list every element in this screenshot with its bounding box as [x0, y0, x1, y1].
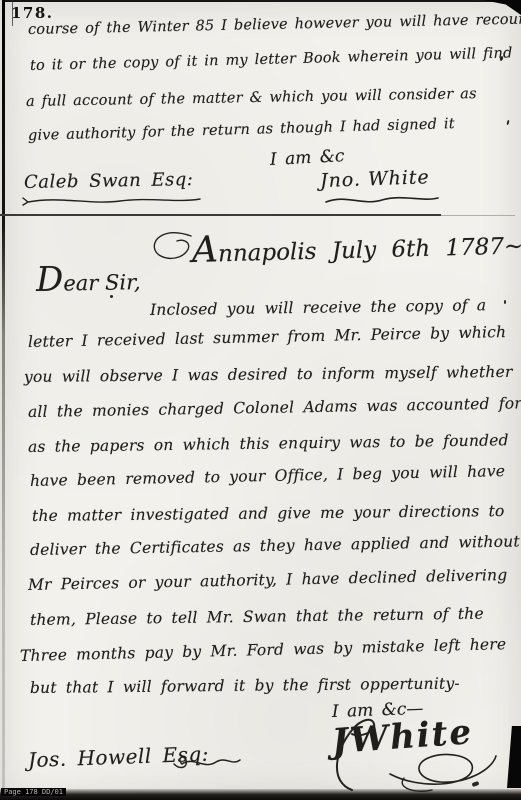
manuscript-line: a full account of the matter & which you…: [26, 86, 477, 110]
letter-separator-rule: [0, 214, 441, 216]
manuscript-line: them, Please to tell Mr. Swan that the r…: [30, 605, 484, 629]
manuscript-line: but that I will forward it by the first …: [30, 674, 460, 696]
letter-dateline: Annapolis July 6th 1787~: [191, 221, 521, 271]
ink-speck: [506, 120, 509, 125]
manuscript-line: the matter investigated and give me your…: [32, 502, 505, 525]
scan-edge-bottom-strip: [0, 789, 521, 800]
ink-speck: [504, 300, 506, 304]
manuscript-line: give authority for the return as though …: [28, 116, 455, 144]
manuscript-line: course of the Winter 85 I believe howeve…: [28, 11, 521, 38]
manuscript-line: deliver the Certificates as they have ap…: [30, 532, 520, 559]
manuscript-line: as the papers on which this enquiry was …: [28, 431, 509, 456]
dateline-capital-flourish: [149, 229, 195, 263]
signature-underline-flourish: [322, 192, 442, 208]
manuscript-page: 178. course of the Winter 85 I believe h…: [0, 0, 521, 800]
scan-edge-top: [2, 0, 521, 2]
ink-speck: [472, 781, 480, 787]
scan-edge-left: [2, 0, 5, 800]
archive-footer-label: Page 178 DD/01: [1, 788, 66, 796]
letter-addressee: Jos. Howell Esq:: [28, 742, 210, 772]
letter-closing: I am &c: [269, 146, 344, 170]
manuscript-line: letter I received last summer from Mr. P…: [28, 323, 507, 351]
manuscript-line: to it or the copy of it in my letter Boo…: [30, 45, 513, 74]
signature: JWhite: [331, 712, 475, 762]
manuscript-line: Three months pay by Mr. Ford was by mist…: [20, 635, 507, 665]
letter-salutation: Dear Sir,: [36, 258, 141, 300]
manuscript-line: all the monies charged Colonel Adams was…: [28, 394, 521, 421]
manuscript-line: you will observe I was desired to inform…: [24, 363, 513, 386]
signature: Jno. White: [320, 166, 430, 192]
manuscript-line: Inclosed you will receive the copy of a: [150, 296, 487, 319]
scan-edge-right-strip: [507, 726, 521, 788]
page-number: 178.: [11, 4, 54, 22]
ink-speck: [110, 295, 113, 298]
letter-addressee: Caleb Swan Esq:: [24, 169, 194, 193]
addressee-underline-flourish: [20, 193, 205, 207]
letter-separator-rule-faint: [441, 215, 515, 216]
manuscript-line: Mr Peirces or your authority, I have dec…: [28, 566, 508, 594]
manuscript-line: have been removed to your Office, I beg …: [30, 462, 505, 490]
